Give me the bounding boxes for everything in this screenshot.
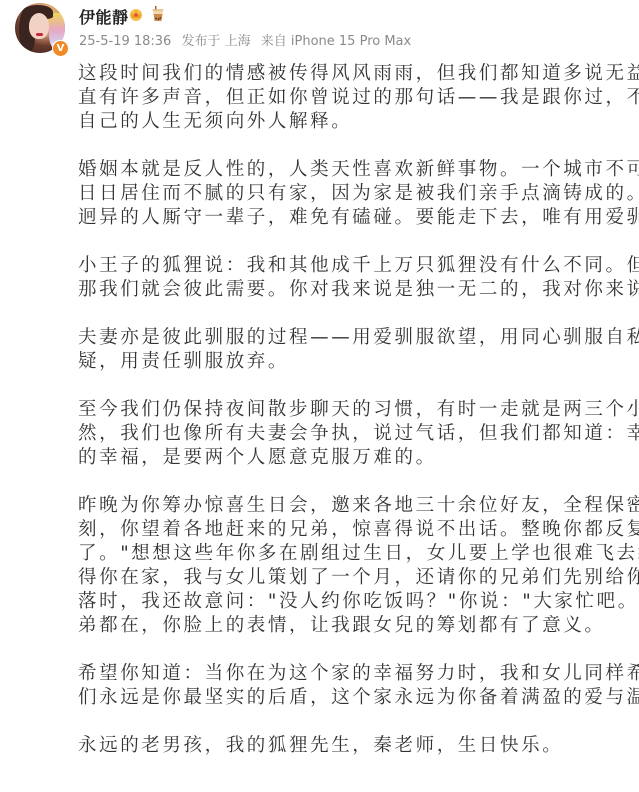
text-line: 那我们就会彼此需要。你对我来说是独一无二的，我对你来说也是独一无二的。	[78, 278, 630, 302]
text-line: 们永远是你最坚实的后盾，这个家永远为你备着满盈的爱与温暖。	[78, 686, 630, 710]
post-body: 这段时间我们的情感被传得风风雨雨，但我们都知道多说无益。从相识到现在一 直有许多…	[78, 62, 630, 782]
text-line: 了。"想想这些年你多在剧组过生日，女儿要上学也很难飞去给你过生日。今年难	[78, 542, 630, 566]
text-line: 然，我们也像所有夫妻会争执，说过气话，但我们都知道：幸福不难，但要持续	[78, 422, 630, 446]
avatar-lips	[36, 33, 43, 36]
text-line: 小王子的狐狸说：我和其他成千上万只狐狸没有什么不同。但如果你驯服了我，	[78, 254, 630, 278]
post-location: 发布于 上海	[181, 34, 250, 49]
text-line: 疑，用责任驯服放弃。	[78, 350, 630, 374]
username[interactable]: 伊能靜	[79, 5, 129, 28]
text-line: 自己的人生无须向外人解释。	[78, 110, 630, 134]
paragraph-1: 这段时间我们的情感被传得风风雨雨，但我们都知道多说无益。从相识到现在一 直有许多…	[78, 62, 630, 134]
text-line: 希望你知道：当你在为这个家的幸福努力时，我和女儿同样希望你开心快乐。我	[78, 662, 630, 686]
paragraph-8: 永远的老男孩，我的狐狸先生，秦老师，生日快乐。	[78, 734, 630, 758]
post-header: V 伊能靜 25-5-19 18:36 发布于 上海 来自 iPhone 15 …	[0, 0, 639, 58]
verified-badge-icon: V	[52, 40, 69, 57]
post-timestamp: 25-5-19 18:36	[79, 34, 171, 49]
paragraph-7: 希望你知道：当你在为这个家的幸福努力时，我和女儿同样希望你开心快乐。我 们永远是…	[78, 662, 630, 710]
text-line: 的幸福，是要两个人愿意克服万难的。	[78, 446, 630, 470]
text-line: 落时，我还故意问："没人约你吃饭吗？"你说："大家忙吧。"所以当你看到你的兄	[78, 590, 630, 614]
paragraph-2: 婚姻本就是反人性的，人类天性喜欢新鲜事物。一个城市不可能天天去旅行，能 日日居住…	[78, 158, 630, 230]
text-line: 迥异的人厮守一辈子，难免有磕碰。要能走下去，唯有用爱驯服人性。	[78, 206, 630, 230]
text-line: 永远的老男孩，我的狐狸先生，秦老师，生日快乐。	[78, 734, 630, 758]
post-meta: 25-5-19 18:36 发布于 上海 来自 iPhone 15 Pro Ma…	[79, 30, 417, 49]
text-line: 直有许多声音，但正如你曾说过的那句话——我是跟你过，不是跟这个世界过。	[78, 86, 630, 110]
paragraph-4: 夫妻亦是彼此驯服的过程——用爱驯服欲望，用同心驯服自私，用信任驯服猜 疑，用责任…	[78, 326, 630, 374]
text-line: 婚姻本就是反人性的，人类天性喜欢新鲜事物。一个城市不可能天天去旅行，能	[78, 158, 630, 182]
text-line: 日日居住而不腻的只有家，因为家是被我们亲手点滴铸成的。同理，让两个背景	[78, 182, 630, 206]
text-line: 昨晚为你筹办惊喜生日会，邀来各地三十余位好友，全程保密。当门开启那一	[78, 494, 630, 518]
paragraph-3: 小王子的狐狸说：我和其他成千上万只狐狸没有什么不同。但如果你驯服了我， 那我们就…	[78, 254, 630, 302]
text-line: 弟都在，你脸上的表情，让我跟女兒的筹划都有了意义。	[78, 614, 630, 638]
text-line: 得你在家，我与女儿策划了一个月，还请你的兄弟们先别给你生日祝福。当你失	[78, 566, 630, 590]
drink-cup-badge-icon[interactable]	[152, 6, 164, 22]
paragraph-5: 至今我们仍保持夜间散步聊天的习惯，有时一走就是两三个小时，无话不说。当 然，我们…	[78, 398, 630, 470]
text-line: 刻，你望着各地赶来的兄弟，惊喜得说不出话。整晚你都反复对我说："我太开心	[78, 518, 630, 542]
text-line: 至今我们仍保持夜间散步聊天的习惯，有时一走就是两三个小时，无话不说。当	[78, 398, 630, 422]
text-line: 这段时间我们的情感被传得风风雨雨，但我们都知道多说无益。从相识到现在一	[78, 62, 630, 86]
paragraph-6: 昨晚为你筹办惊喜生日会，邀来各地三十余位好友，全程保密。当门开启那一 刻，你望着…	[78, 494, 630, 638]
text-line: 夫妻亦是彼此驯服的过程——用爱驯服欲望，用同心驯服自私，用信任驯服猜	[78, 326, 630, 350]
post-source: 来自 iPhone 15 Pro Max	[261, 34, 411, 49]
crown-badge-icon[interactable]	[128, 7, 144, 21]
